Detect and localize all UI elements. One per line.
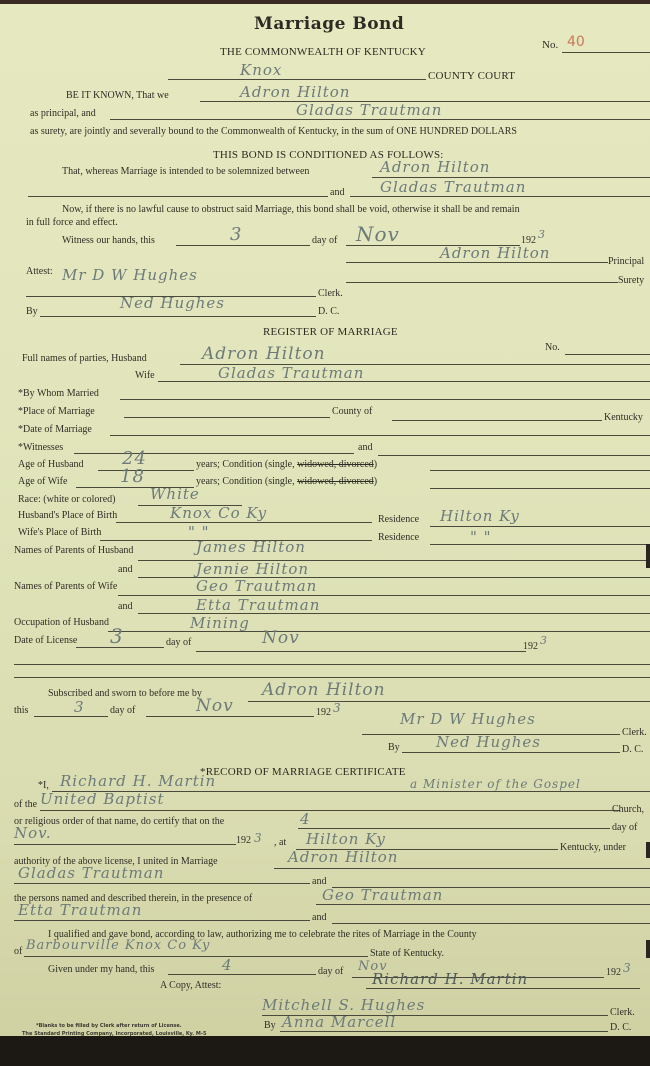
witnesses-label: *Witnesses bbox=[18, 442, 63, 453]
minister-signature: Richard H. Martin bbox=[372, 970, 528, 988]
race-value: White bbox=[150, 485, 200, 503]
husband-parents-and: and bbox=[118, 564, 132, 575]
kentucky-under-label: Kentucky, under bbox=[560, 842, 626, 853]
certificate-day: 4 bbox=[300, 810, 311, 828]
certificate-month: Nov. bbox=[14, 824, 52, 842]
witness-year-suffix: 3 bbox=[538, 228, 546, 241]
and-label: and bbox=[330, 187, 344, 198]
binding-edge-mark bbox=[646, 940, 650, 958]
clerk-signature: Mr D W Hughes bbox=[62, 266, 198, 284]
full-names-label: Full names of parties, Husband bbox=[22, 353, 147, 364]
marriage-place: Hilton Ky bbox=[306, 830, 386, 848]
occupation-label: Occupation of Husband bbox=[14, 617, 109, 628]
surety-name: Gladas Trautman bbox=[296, 101, 442, 119]
kentucky-label: Kentucky bbox=[604, 412, 643, 423]
husband-name: Adron Hilton bbox=[202, 344, 326, 364]
occupation-value: Mining bbox=[190, 614, 250, 632]
page-shadow bbox=[0, 1036, 650, 1066]
minister-title: a Minister of the Gospel bbox=[410, 777, 581, 791]
now-if-text: Now, if there is no lawful cause to obst… bbox=[62, 204, 520, 215]
license-year-prefix: 192 bbox=[523, 641, 538, 652]
sworn-this-label: this bbox=[14, 705, 28, 716]
license-year-suffix: 3 bbox=[540, 634, 548, 647]
wife-parents-and: and bbox=[118, 601, 132, 612]
age-wife: 18 bbox=[120, 466, 145, 487]
attest-clerk-label: Clerk. bbox=[610, 1007, 635, 1018]
day-of-label: day of bbox=[312, 235, 337, 246]
document-title: Marriage Bond bbox=[254, 14, 404, 34]
clerk-label: Clerk. bbox=[318, 288, 343, 299]
by-label: By bbox=[26, 306, 38, 317]
party-1-name: Adron Hilton bbox=[380, 158, 490, 176]
given-year-prefix: 192 bbox=[606, 967, 621, 978]
county-of-label: County of bbox=[332, 406, 372, 417]
license-day: 3 bbox=[110, 624, 124, 648]
attest-deputy-signature: Anna Marcell bbox=[282, 1013, 396, 1031]
county-court-label: COUNTY COURT bbox=[428, 70, 515, 82]
minister-name: Richard H. Martin bbox=[60, 772, 216, 790]
attest-by-label: By bbox=[264, 1020, 276, 1031]
parents-wife-label: Names of Parents of Wife bbox=[14, 581, 117, 592]
binding-edge-mark bbox=[646, 842, 650, 858]
date-of-license-label: Date of License bbox=[14, 635, 77, 646]
surety-statement: as surety, are jointly and severally bou… bbox=[30, 126, 517, 137]
age-wife-label: Age of Wife bbox=[18, 476, 67, 487]
wife-parent-2: Etta Trautman bbox=[196, 596, 320, 614]
by-whom-married-label: *By Whom Married bbox=[18, 388, 99, 399]
county-value: Knox bbox=[240, 61, 282, 79]
condition-struck: widowed, divorced bbox=[297, 459, 374, 470]
residence-label-2: Residence bbox=[378, 532, 419, 543]
surety-label: Surety bbox=[618, 275, 644, 286]
wife-parent-1: Geo Trautman bbox=[196, 577, 317, 595]
dc-label: D. C. bbox=[318, 306, 339, 317]
witnesses-and-label: and bbox=[358, 442, 372, 453]
certificate-heading: *RECORD OF MARRIAGE CERTIFICATE bbox=[200, 766, 406, 778]
given-under-hand-text: Given under my hand, this bbox=[48, 964, 154, 975]
certificate-and-2: and bbox=[312, 912, 326, 923]
church-name: United Baptist bbox=[40, 790, 165, 808]
age-wife-condition: years; Condition (single, widowed, divor… bbox=[196, 476, 377, 487]
sworn-deputy-signature: Ned Hughes bbox=[436, 733, 541, 751]
certificate-day-of-label: day of bbox=[612, 822, 637, 833]
attest-clerk-signature: Mitchell S. Hughes bbox=[262, 996, 425, 1014]
given-day-of-label: day of bbox=[318, 966, 343, 977]
age-husband-label: Age of Husband bbox=[18, 459, 84, 470]
wife-name: Gladas Trautman bbox=[218, 364, 364, 382]
husband-birth: Knox Co Ky bbox=[170, 504, 267, 522]
wife-label: Wife bbox=[135, 370, 155, 381]
race-label: Race: (white or colored) bbox=[18, 494, 115, 505]
sworn-year-suffix: 3 bbox=[333, 701, 342, 715]
copy-attest-label: A Copy, Attest: bbox=[160, 980, 221, 991]
at-label: , at bbox=[274, 837, 286, 848]
footer-note: *Blanks to be filled by Clerk after retu… bbox=[36, 1023, 182, 1029]
be-it-known-label: BE IT KNOWN, That we bbox=[66, 90, 169, 101]
license-day-of-label: day of bbox=[166, 637, 191, 648]
husband-parent-1: James Hilton bbox=[196, 538, 306, 556]
sworn-year-prefix: 192 bbox=[316, 707, 331, 718]
sworn-clerk-label: Clerk. bbox=[622, 727, 647, 738]
principal-label: Principal bbox=[608, 256, 644, 267]
witness-1: Geo Trautman bbox=[322, 886, 443, 904]
as-principal-label: as principal, and bbox=[30, 108, 96, 119]
deputy-signature: Ned Hughes bbox=[120, 294, 225, 312]
whereas-text: That, whereas Marriage is intended to be… bbox=[62, 166, 309, 177]
place-of-marriage-label: *Place of Marriage bbox=[18, 406, 95, 417]
sworn-by-label: By bbox=[388, 742, 400, 753]
attest-dc-label: D. C. bbox=[610, 1022, 631, 1033]
of-county-label: of bbox=[14, 946, 22, 957]
sworn-name: Adron Hilton bbox=[262, 680, 386, 700]
certificate-year-suffix: 3 bbox=[254, 831, 263, 845]
witness-day: 3 bbox=[230, 224, 242, 245]
bride-name: Gladas Trautman bbox=[18, 864, 164, 882]
sworn-dc-label: D. C. bbox=[622, 744, 643, 755]
sworn-day-of-label: day of bbox=[110, 705, 135, 716]
of-the-label: of the bbox=[14, 799, 37, 810]
given-day: 4 bbox=[222, 956, 233, 974]
attest-label: Attest: bbox=[26, 266, 53, 277]
party-2-name: Gladas Trautman bbox=[380, 178, 526, 196]
full-force-text: in full force and effect. bbox=[26, 217, 118, 228]
husband-parent-2: Jennie Hilton bbox=[196, 560, 309, 578]
county-text: Barbourville Knox Co Ky bbox=[26, 938, 210, 953]
principal-signature: Adron Hilton bbox=[440, 244, 550, 262]
residence-label-1: Residence bbox=[378, 514, 419, 525]
certificate-year-prefix: 192 bbox=[236, 835, 251, 846]
marriage-bond-document: Marriage Bond THE COMMONWEALTH OF KENTUC… bbox=[0, 4, 650, 1040]
commonwealth-heading: THE COMMONWEALTH OF KENTUCKY bbox=[220, 46, 426, 58]
sworn-month: Nov bbox=[196, 696, 234, 716]
witness-hands-label: Witness our hands, this bbox=[62, 235, 155, 246]
register-heading: REGISTER OF MARRIAGE bbox=[263, 326, 398, 338]
document-number-label: No. bbox=[542, 39, 558, 51]
groom-name: Adron Hilton bbox=[288, 848, 398, 866]
church-label: Church, bbox=[612, 804, 644, 815]
sworn-day: 3 bbox=[74, 698, 85, 716]
sworn-text: Subscribed and sworn to before me by bbox=[48, 688, 202, 699]
sworn-clerk-signature: Mr D W Hughes bbox=[400, 710, 536, 728]
husband-birth-label: Husband's Place of Birth bbox=[18, 510, 117, 521]
binding-edge-mark bbox=[646, 544, 650, 568]
given-year-suffix: 3 bbox=[623, 961, 632, 975]
state-of-kentucky-label: State of Kentucky. bbox=[370, 948, 444, 959]
document-number: 40 bbox=[567, 34, 585, 50]
register-number-label: No. bbox=[545, 342, 560, 353]
age-husband-condition: years; Condition (single, widowed, divor… bbox=[196, 459, 377, 470]
license-month: Nov bbox=[262, 628, 300, 648]
witness-2: Etta Trautman bbox=[18, 901, 142, 919]
date-of-marriage-label: *Date of Marriage bbox=[18, 424, 92, 435]
witness-month: Nov bbox=[356, 222, 400, 246]
husband-residence: Hilton Ky bbox=[440, 507, 520, 525]
principal-name: Adron Hilton bbox=[240, 83, 350, 101]
wife-birth-label: Wife's Place of Birth bbox=[18, 527, 101, 538]
parents-husband-label: Names of Parents of Husband bbox=[14, 545, 133, 556]
